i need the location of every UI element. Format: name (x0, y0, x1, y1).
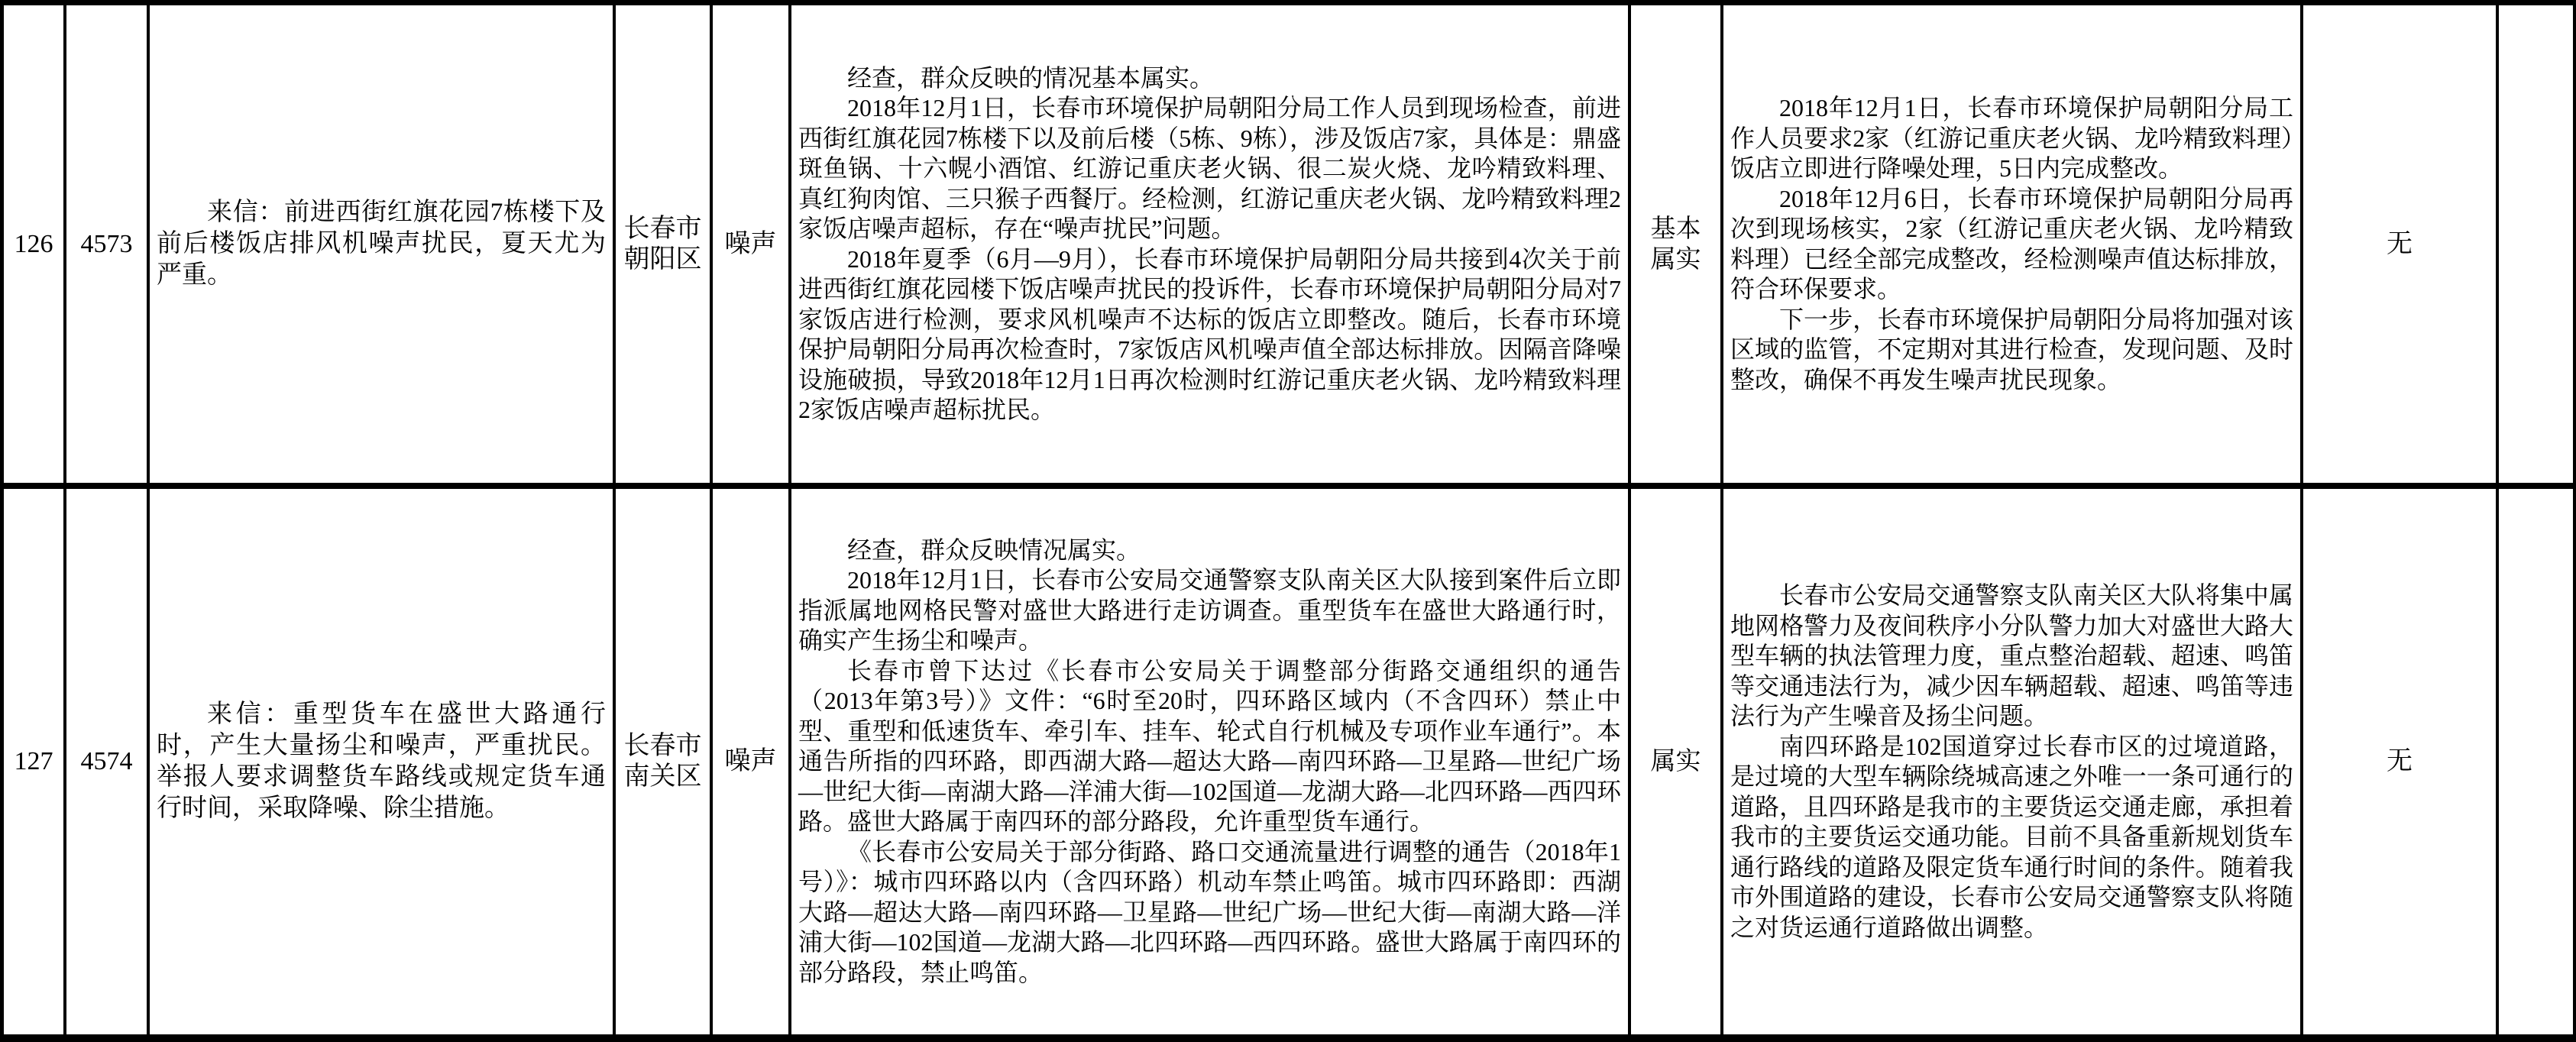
handling-cell: 长春市公安局交通警察支队南关区大队将集中属地网格警力及夜间秩序小分队警力加大对盛… (1723, 489, 2303, 1034)
category-text: 噪声 (725, 746, 777, 777)
complaint-text: 来信：重型货车在盛世大路通行时，产生大量扬尘和噪声，严重扰民。举报人要求调整货车… (157, 699, 606, 824)
accountability-text: 无 (2387, 746, 2413, 777)
handling-paragraph: 下一步，长春市环境保护局朝阳分局将加强对该区域的监管，不定期对其进行检查，发现问… (1730, 305, 2293, 396)
handling-paragraph: 2018年12月6日，长春市环境保护局朝阳分局再次到现场核实，2家（红游记重庆老… (1730, 184, 2293, 305)
conclusion-cell: 基本属实 (1631, 5, 1723, 489)
handling-paragraph: 2018年12月1日，长春市环境保护局朝阳分局工作人员要求2家（红游记重庆老火锅… (1730, 93, 2293, 184)
investigation-paragraph: 2018年12月1日，长春市公安局交通警察支队南关区大队接到案件后立即指派属地网… (798, 565, 1621, 656)
accountability-cell: 无 (2303, 489, 2499, 1034)
handling-paragraph: 长春市公安局交通警察支队南关区大队将集中属地网格警力及夜间秩序小分队警力加大对盛… (1730, 581, 2293, 732)
seq-cell: 127 (4, 489, 66, 1034)
investigation-paragraph: 2018年夏季（6月—9月），长春市环境保护局朝阳分局共接到4次关于前进西街红旗… (798, 244, 1621, 426)
seq-number: 127 (15, 746, 53, 777)
investigation-paragraph: 长春市曾下达过《长春市公安局关于调整部分街路交通组织的通告（2013年第3号）》… (798, 656, 1621, 837)
investigation-paragraph: 经查，群众反映情况属实。 (798, 536, 1621, 566)
seq-cell: 126 (4, 5, 66, 489)
accountability-text: 无 (2387, 229, 2413, 260)
conclusion-cell: 属实 (1631, 489, 1723, 1034)
case-number: 4573 (81, 229, 133, 260)
complaint-cell: 来信：前进西街红旗花园7栋楼下及前后楼饭店排风机噪声扰民，夏天尤为严重。 (150, 5, 616, 489)
region-text: 长春市朝阳区 (620, 214, 705, 275)
case-number: 4574 (81, 746, 133, 777)
investigation-paragraph: 2018年12月1日，长春市环境保护局朝阳分局工作人员到现场检查，前进西街红旗花… (798, 93, 1621, 244)
investigation-cell: 经查，群众反映情况属实。 2018年12月1日，长春市公安局交通警察支队南关区大… (791, 489, 1631, 1034)
complaint-text: 来信：前进西街红旗花园7栋楼下及前后楼饭店排风机噪声扰民，夏天尤为严重。 (157, 197, 606, 291)
blank-cell (2499, 489, 2573, 1034)
investigation-paragraph: 经查，群众反映的情况基本属实。 (798, 63, 1621, 94)
handling-paragraph: 南四环路是102国道穿过长春市区的过境道路，是过境的大型车辆除绕城高速之外唯一一… (1730, 732, 2293, 943)
category-cell: 噪声 (713, 489, 791, 1034)
accountability-cell: 无 (2303, 5, 2499, 489)
category-cell: 噪声 (713, 5, 791, 489)
conclusion-text: 属实 (1651, 746, 1701, 777)
investigation-cell: 经查，群众反映的情况基本属实。 2018年12月1日，长春市环境保护局朝阳分局工… (791, 5, 1631, 489)
investigation-paragraph: 《长春市公安局关于部分街路、路口交通流量进行调整的通告（2018年1号）》：城市… (798, 837, 1621, 989)
conclusion-text: 基本属实 (1646, 214, 1706, 275)
region-cell: 长春市朝阳区 (616, 5, 713, 489)
region-cell: 长春市南关区 (616, 489, 713, 1034)
handling-cell: 2018年12月1日，长春市环境保护局朝阳分局工作人员要求2家（红游记重庆老火锅… (1723, 5, 2303, 489)
category-text: 噪声 (725, 229, 777, 260)
region-text: 长春市南关区 (620, 731, 705, 792)
case-number-cell: 4574 (66, 489, 150, 1034)
seq-number: 126 (15, 229, 53, 260)
complaint-cell: 来信：重型货车在盛世大路通行时，产生大量扬尘和噪声，严重扰民。举报人要求调整货车… (150, 489, 616, 1034)
complaint-ledger-table: 126 4573 来信：前进西街红旗花园7栋楼下及前后楼饭店排风机噪声扰民，夏天… (0, 0, 2576, 1042)
case-number-cell: 4573 (66, 5, 150, 489)
blank-cell (2499, 5, 2573, 489)
